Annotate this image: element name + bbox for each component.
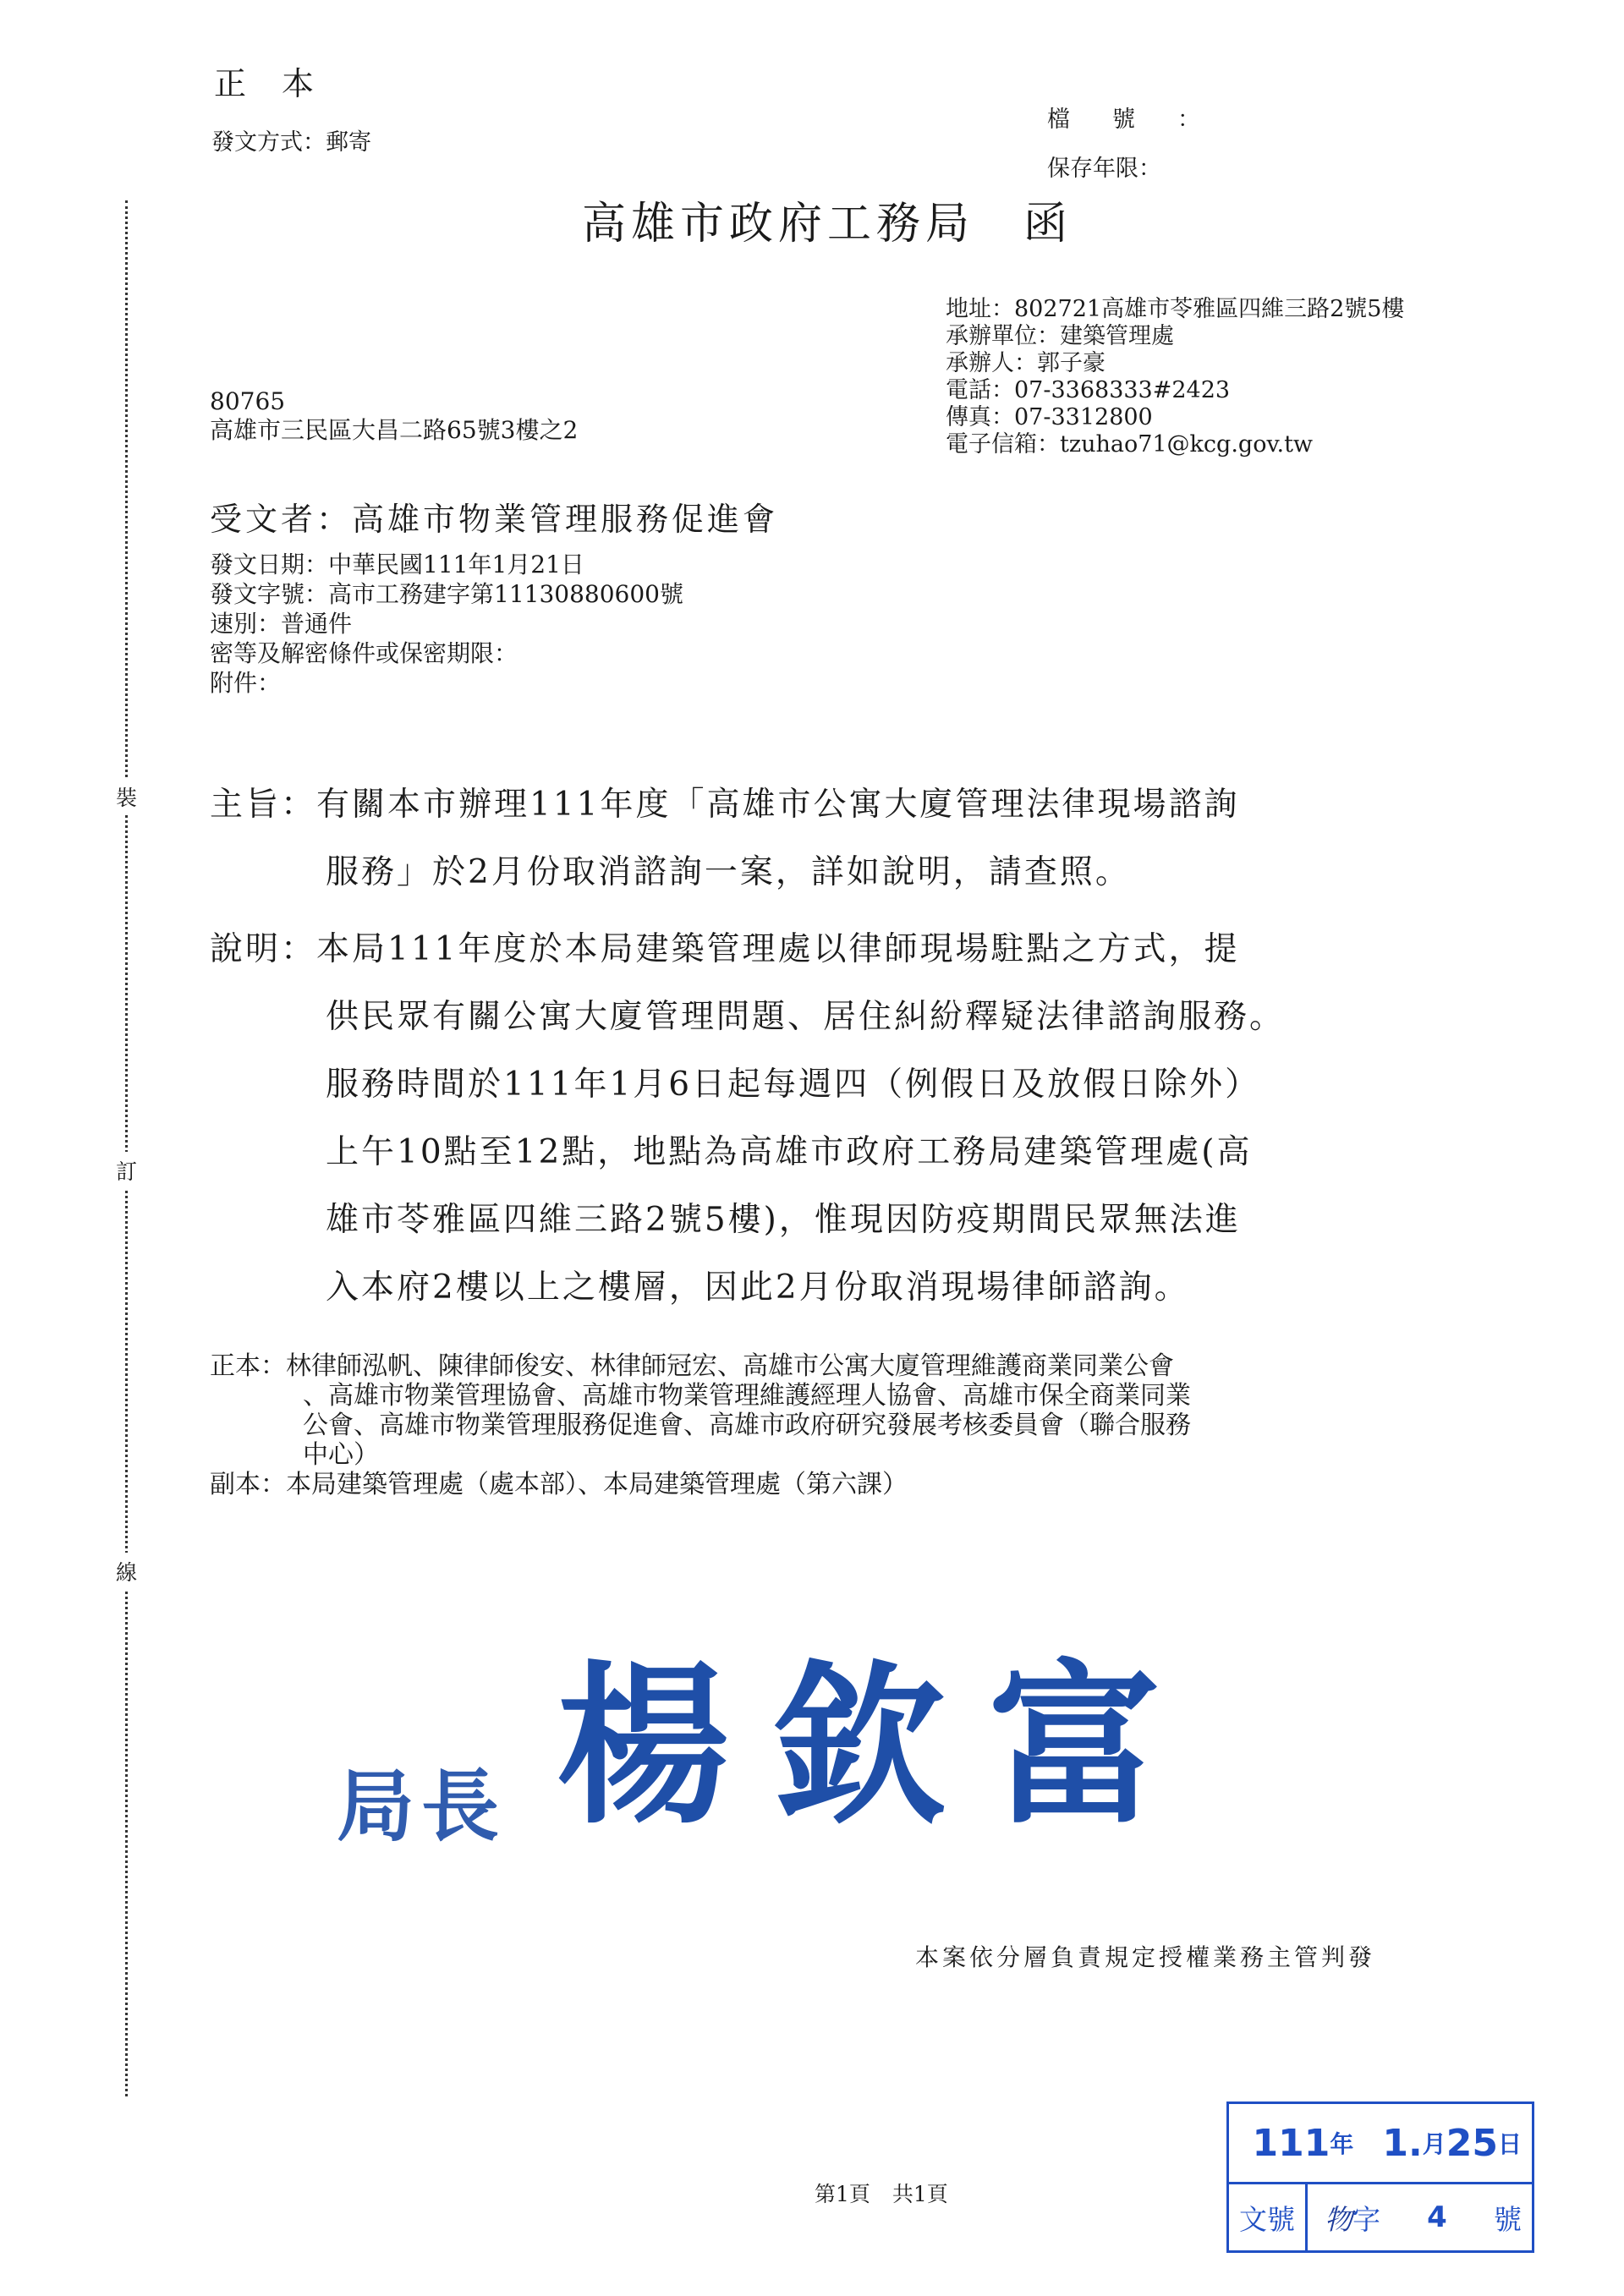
page-total: 共1頁 [892,2182,948,2206]
original-recipients: 正本：林律師泓帆、陳律師俊安、林律師冠宏、高雄市公寓大廈管理維護商業同業公會 [210,1351,1191,1381]
page-number: 第1頁共1頁 [815,2178,948,2208]
original-recipients: 、高雄市物業管理協會、高雄市物業管理維護經理人協會、高雄市保全商業同業 [210,1381,1191,1411]
subject-line: 主旨：有關本市辦理111年度「高雄市公寓大廈管理法律現場諮詢 [210,771,1239,839]
explanation-line: 入本府2樓以上之樓層，因此2月份取消現場律師諮詢。 [210,1254,1285,1322]
recipient-address: 高雄市三民區大昌二路65號3樓之2 [210,416,578,445]
document-title: 高雄市政府工務局函 [582,188,1073,251]
explanation-line: 服務時間於111年1月6日起每週四（例假日及放假日除外） [210,1051,1285,1119]
binding-mark-zhuang: 裝 [116,778,137,815]
document-meta: 發文日期：中華民國111年1月21日 發文字號：高市工務建字第111308806… [210,550,683,698]
original-recipients: 公會、高雄市物業管理服務促進會、高雄市政府研究發展考核委員會（聯合服務 [210,1411,1191,1440]
explanation-line: 上午10點至12點，地點為高雄市政府工務局建築管理處(高 [210,1119,1285,1186]
stamp-doc-number-label: 文號 [1229,2184,1308,2250]
issue-date: 發文日期：中華民國111年1月21日 [210,550,683,579]
binding-dotted-line [125,200,128,2096]
copy-type: 正本 [214,58,349,104]
sender-contact-block: 地址：802721高雄市苓雅區四維三路2號5樓 承辦單位：建築管理處 承辦人：郭… [946,296,1404,458]
retention-period: 保存年限： [1047,145,1200,194]
secrecy-level: 密等及解密條件或保密期限： [210,638,683,668]
delivery-speed: 速別：普通件 [210,609,683,638]
issuing-organization: 高雄市政府工務局 [582,199,974,249]
sender-address: 地址：802721高雄市苓雅區四維三路2號5樓 [946,296,1404,323]
recipient-line: 受文者：高雄市物業管理服務促進會 [210,493,778,540]
sender-email: 電子信箱：tzuhao71@kcg.gov.tw [946,431,1404,458]
explanation-line: 說明：本局111年度於本局建築管理處以律師現場駐點之方式，提 [210,916,1285,984]
recipient-postal-code: 80765 [210,387,578,416]
stamp-doc-number: 文號 物字 4 號 [1229,2184,1532,2250]
document-number: 發文字號：高市工務建字第11130880600號 [210,579,683,609]
original-recipients: 中心） [210,1440,1191,1470]
file-number-label: 檔號 [1047,107,1177,133]
explanation-section: 說明：本局111年度於本局建築管理處以律師現場駐點之方式，提 供民眾有關公寓大廈… [210,916,1285,1322]
sender-phone: 電話：07-3368333#2423 [946,377,1404,404]
file-meta: 檔號： 保存年限： [1047,96,1200,194]
page-current: 第1頁 [815,2182,870,2206]
send-method-value: 郵寄 [326,129,371,156]
received-date-stamp: 111年 1.月 25日 文號 物字 4 號 [1226,2101,1534,2253]
director-signature-seal: 局長楊欽富 [337,1607,1204,1856]
recipient-address-block: 80765 高雄市三民區大昌二路65號3樓之2 [210,387,578,445]
subject-line: 服務」於2月份取消諮詢一案，詳如說明，請查照。 [210,839,1239,907]
sender-handler: 承辦人：郭子豪 [946,350,1404,377]
distribution-list: 正本：林律師泓帆、陳律師俊安、林律師冠宏、高雄市公寓大廈管理維護商業同業公會 、… [210,1351,1191,1499]
signature-title: 局長 [337,1761,506,1852]
binding-mark-xian: 線 [116,1553,137,1590]
document-type: 函 [1023,199,1073,249]
explanation-line: 雄市苓雅區四維三路2號5樓)，惟現因防疫期間民眾無法進 [210,1186,1285,1254]
copy-recipients: 副本：本局建築管理處（處本部）、本局建築管理處（第六課） [210,1470,1191,1499]
attachments: 附件： [210,668,683,698]
sender-fax: 傳真：07-3312800 [946,404,1404,431]
stamp-number: 4 [1427,2200,1447,2234]
send-method: 發文方式：郵寄 [211,123,371,156]
explanation-line: 供民眾有關公寓大廈管理問題、居住糾紛釋疑法律諮詢服務。 [210,984,1285,1051]
authority-note: 本案依分層負責規定授權業務主管判發 [915,1939,1375,1973]
signature-name: 楊欽富 [557,1645,1204,1848]
send-method-label: 發文方式： [211,129,326,156]
file-number: 檔號： [1047,96,1200,145]
sender-unit: 承辦單位：建築管理處 [946,323,1404,350]
binding-mark-ding: 訂 [116,1152,137,1189]
stamp-handwritten-prefix: 物 [1325,2203,1352,2236]
subject-section: 主旨：有關本市辦理111年度「高雄市公寓大廈管理法律現場諮詢 服務」於2月份取消… [210,771,1239,907]
stamp-date: 111年 1.月 25日 [1229,2104,1532,2184]
